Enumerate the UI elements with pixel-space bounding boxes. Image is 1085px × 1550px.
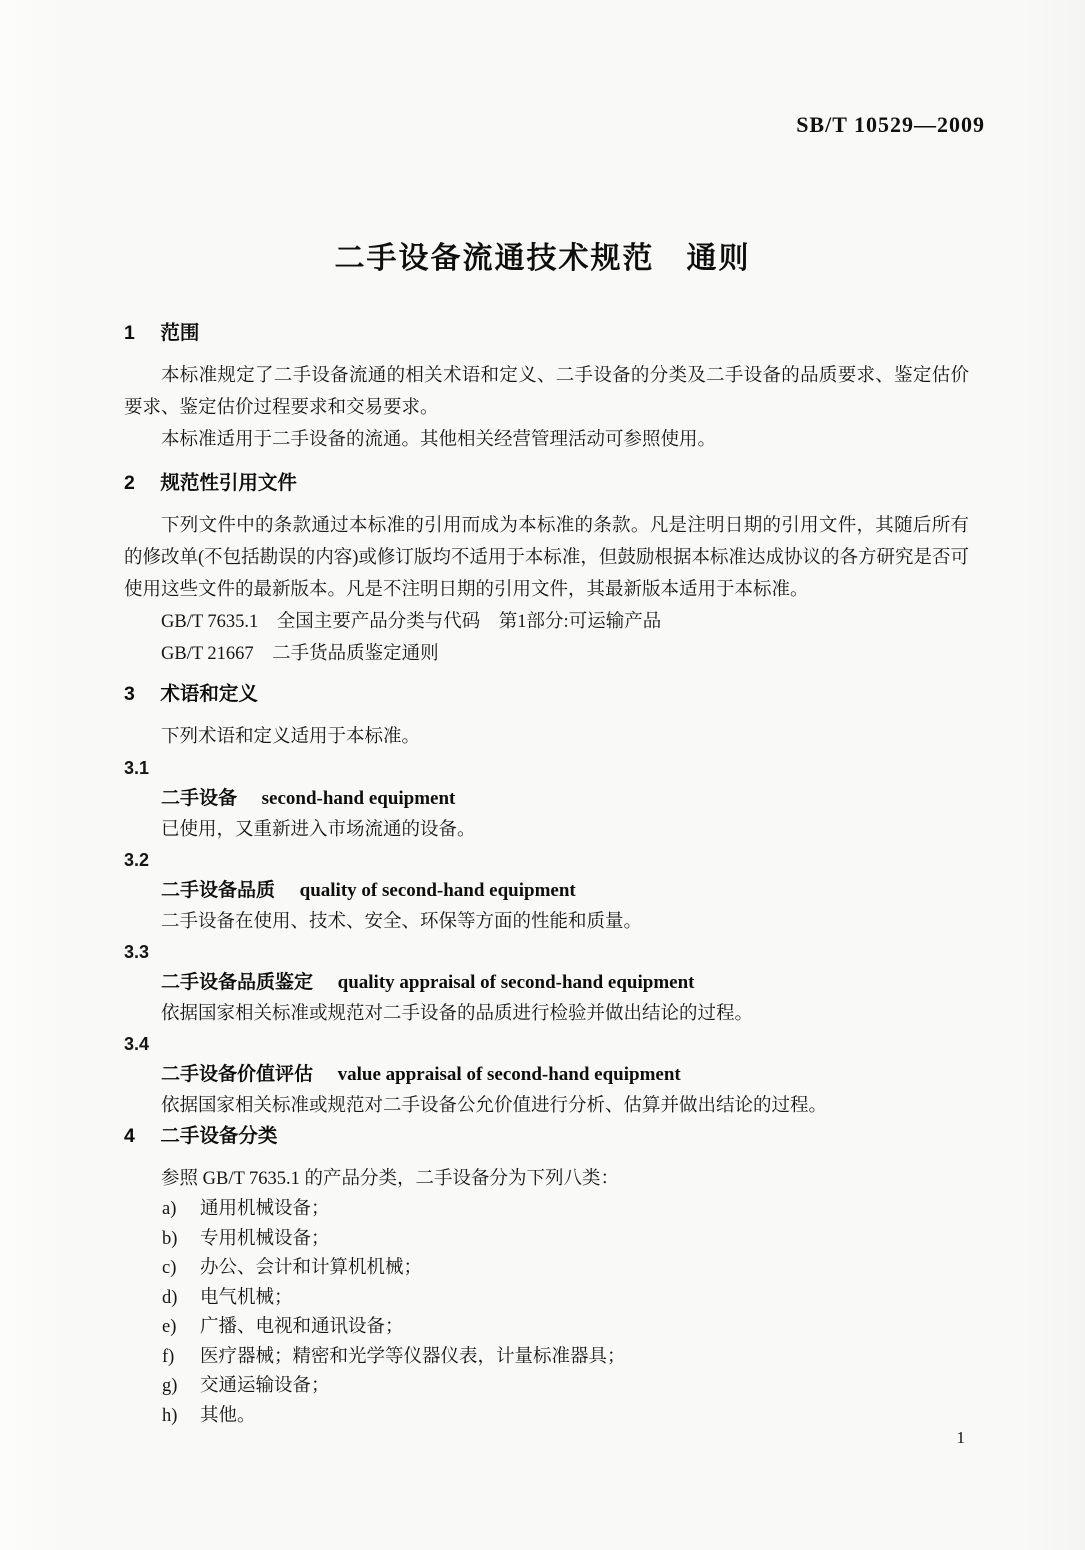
section-heading: 2 规范性引用文件 [124, 472, 969, 494]
classification-list: a)通用机械设备； b)专用机械设备； c)办公、会计和计算机机械； d)电气机… [124, 1195, 969, 1431]
document-page: SB/T 10529—2009 二手设备流通技术规范 通则 1 范围 本标准规定… [0, 0, 1085, 1550]
list-item-label: a) [162, 1195, 200, 1225]
section-title: 二手设备分类 [160, 1125, 277, 1147]
term-clause-number: 3.3 [124, 937, 969, 967]
list-item: g)交通运输设备； [124, 1372, 969, 1402]
list-item-text: 医疗器械；精密和光学等仪器仪表，计量标准器具； [200, 1347, 626, 1367]
list-item-text: 通用机械设备； [200, 1199, 330, 1219]
section-number: 4 [124, 1125, 138, 1147]
term-entry: 3.4 二手设备价值评估 value appraisal of second-h… [124, 1029, 969, 1121]
term-entry: 3.2 二手设备品质 quality of second-hand equipm… [124, 845, 969, 937]
list-item-text: 专用机械设备； [200, 1229, 330, 1249]
section-title: 术语和定义 [160, 683, 258, 705]
list-item-text: 交通运输设备； [200, 1376, 330, 1396]
section-number: 2 [124, 472, 138, 494]
section-classification: 4 二手设备分类 参照 GB/T 7635.1 的产品分类，二手设备分为下列八类… [124, 1125, 969, 1431]
term-line: 二手设备 second-hand equipment [124, 783, 969, 815]
terms-intro: 下列术语和定义适用于本标准。 [124, 721, 969, 753]
list-item-label: c) [162, 1254, 200, 1284]
term-clause-number: 3.2 [124, 845, 969, 875]
list-item: h)其他。 [124, 1402, 969, 1432]
term-clause-number: 3.4 [124, 1029, 969, 1059]
list-item-label: b) [162, 1225, 200, 1255]
term-clause-number: 3.1 [124, 753, 969, 783]
list-item-text: 电气机械； [200, 1288, 293, 1308]
reference-line: GB/T 7635.1 全国主要产品分类与代码 第1部分:可运输产品 [124, 606, 969, 638]
term-zh: 二手设备价值评估 [161, 1064, 313, 1085]
term-zh: 二手设备 [161, 788, 237, 809]
section-title: 范围 [160, 322, 199, 344]
list-item-label: d) [162, 1284, 200, 1314]
term-definition: 依据国家相关标准或规范对二手设备的品质进行检验并做出结论的过程。 [124, 999, 969, 1030]
section-heading: 1 范围 [124, 322, 969, 344]
list-item: d)电气机械； [124, 1284, 969, 1314]
list-item-label: f) [162, 1343, 200, 1373]
list-item-text: 办公、会计和计算机机械； [200, 1258, 422, 1278]
document-body: 1 范围 本标准规定了二手设备流通的相关术语和定义、二手设备的分类及二手设备的品… [124, 322, 969, 1431]
section-heading: 4 二手设备分类 [124, 1125, 969, 1147]
term-zh: 二手设备品质 [161, 880, 275, 901]
list-item-text: 广播、电视和通讯设备； [200, 1317, 404, 1337]
section-title: 规范性引用文件 [160, 472, 297, 494]
term-definition: 依据国家相关标准或规范对二手设备公允价值进行分析、估算并做出结论的过程。 [124, 1091, 969, 1122]
list-item-label: h) [162, 1402, 200, 1432]
page-number: 1 [957, 1428, 966, 1448]
term-line: 二手设备价值评估 value appraisal of second-hand … [124, 1059, 969, 1091]
list-item: b)专用机械设备； [124, 1225, 969, 1255]
term-en: quality appraisal of second-hand equipme… [338, 972, 695, 993]
section-scope: 1 范围 本标准规定了二手设备流通的相关术语和定义、二手设备的分类及二手设备的品… [124, 322, 969, 456]
section-terms-definitions: 3 术语和定义 下列术语和定义适用于本标准。 3.1 二手设备 second-h… [124, 683, 969, 1121]
list-item: e)广播、电视和通讯设备； [124, 1313, 969, 1343]
list-item: c)办公、会计和计算机机械； [124, 1254, 969, 1284]
term-entry: 3.1 二手设备 second-hand equipment 已使用，又重新进入… [124, 753, 969, 845]
term-en: second-hand equipment [262, 788, 456, 809]
classification-intro: 参照 GB/T 7635.1 的产品分类，二手设备分为下列八类： [124, 1163, 969, 1195]
term-line: 二手设备品质 quality of second-hand equipment [124, 875, 969, 907]
term-line: 二手设备品质鉴定 quality appraisal of second-han… [124, 967, 969, 999]
section-number: 3 [124, 683, 138, 705]
document-title: 二手设备流通技术规范 通则 [0, 233, 1085, 277]
paragraph: 下列文件中的条款通过本标准的引用而成为本标准的条款。凡是注明日期的引用文件，其随… [124, 510, 969, 606]
term-en: value appraisal of second-hand equipment [338, 1064, 681, 1085]
list-item-text: 其他。 [200, 1406, 256, 1426]
term-definition: 已使用，又重新进入市场流通的设备。 [124, 815, 969, 846]
section-heading: 3 术语和定义 [124, 683, 969, 705]
list-item: f)医疗器械；精密和光学等仪器仪表，计量标准器具； [124, 1343, 969, 1373]
list-item-label: g) [162, 1372, 200, 1402]
list-item-label: e) [162, 1313, 200, 1343]
paragraph: 本标准规定了二手设备流通的相关术语和定义、二手设备的分类及二手设备的品质要求、鉴… [124, 360, 969, 424]
list-item: a)通用机械设备； [124, 1195, 969, 1225]
term-entry: 3.3 二手设备品质鉴定 quality appraisal of second… [124, 937, 969, 1029]
term-en: quality of second-hand equipment [300, 880, 576, 901]
paragraph: 本标准适用于二手设备的流通。其他相关经营管理活动可参照使用。 [124, 424, 969, 456]
standard-doc-number: SB/T 10529—2009 [796, 112, 985, 138]
section-number: 1 [124, 322, 138, 344]
section-normative-references: 2 规范性引用文件 下列文件中的条款通过本标准的引用而成为本标准的条款。凡是注明… [124, 472, 969, 670]
term-definition: 二手设备在使用、技术、安全、环保等方面的性能和质量。 [124, 907, 969, 938]
term-zh: 二手设备品质鉴定 [161, 972, 313, 993]
reference-line: GB/T 21667 二手货品质鉴定通则 [124, 638, 969, 670]
